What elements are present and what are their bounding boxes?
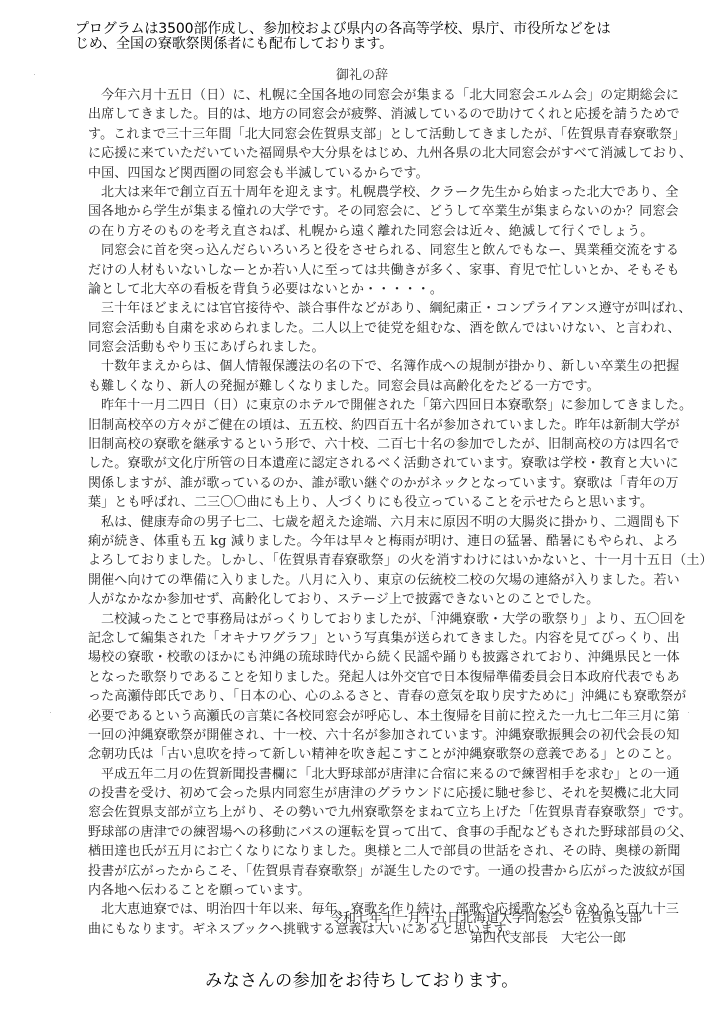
paragraph-line: った高瀬侍郎氏であり、「日本の心、心のふるさと、青春の意気を取り戻すために」沖縄…: [88, 687, 660, 706]
paragraph-line: 葉」とも呼ばれ、二三〇〇曲にも上り、人づくりにも役立っていることを示せたらと思い…: [88, 493, 660, 512]
paragraph-line: 開催へ向けての準備に入りました。八月に入り、東京の伝統校二校の欠場の連絡が入りま…: [88, 571, 660, 590]
paragraph-line: 関係しますが、誰が歌っているのか、誰が歌い継ぐのかがネックとなっています。寮歌は…: [88, 474, 660, 493]
paragraph-line: よろしておりました。しかし、「佐賀県青春寮歌祭」の火を消すわけにはいかないと、十…: [88, 551, 660, 570]
paragraph-line: となった歌祭りであることを知りました。発起人は外交官で日本復帰準備委員会日本政府…: [88, 668, 660, 687]
scan-speck: [34, 74, 35, 75]
paragraph-first-line: 北大は来年で創立百五十周年を迎えます。札幌農学校、クラーク先生から始まった北大で…: [88, 183, 660, 202]
document-title: 御礼の辞: [0, 64, 724, 83]
paragraph-line: 記念して編集された「オキナワグラフ」という写真集が送られてきました。内容を見てび…: [88, 629, 660, 648]
paragraph-line: 窓会佐賀県支部が立ち上がり、その勢いで九州寮歌祭をまねて立ち上げた「佐賀県青春寮…: [88, 803, 660, 822]
paragraph-line: の投書を受け、初めて会った県内同窓生が唐津のグラウンドに応援に馳せ参じ、それを契…: [88, 784, 660, 803]
paragraph-line: 旧制高校卒の方々がご健在の頃は、五五校、約四百五十名が参加されていました。昨年は…: [88, 416, 660, 435]
paragraph-line: 論として北大卒の看板を背負う必要はないとか・・・・・。: [88, 280, 660, 299]
paragraph-line: 内各地へ伝わることを願っています。: [88, 881, 660, 900]
paragraph-line: 出席してきました。目的は、地方の同窓会が疲弊、消滅しているので助けてくれと応援を…: [88, 105, 660, 124]
paragraph-first-line: 二校減ったことで事務局はがっくりしておりましたが、「沖縄寮歌・大学の歌祭り」より…: [88, 610, 660, 629]
paragraph-line: 同窓会活動もやり玉にあげられました。: [88, 338, 660, 357]
closing-message: みなさんの参加をお待ちしております。: [0, 966, 724, 991]
paragraph-line: す。これまで三十三年間「北大同窓会佐賀県支部」として活動してきましたが、「佐賀県…: [88, 125, 660, 144]
paragraph-line: 投書が広がったからこそ、「佐賀県青春寮歌祭」が誕生したのです。一通の投書から広が…: [88, 862, 660, 881]
document-body: 今年六月十五日（日）に、札幌に全国各地の同窓会が集まる「北大同窓会エルム会」の定…: [88, 86, 660, 939]
program-distribution-note: プログラムは3500部作成し、参加校および県内の各高等学校、県庁、市役所などをは…: [75, 22, 655, 52]
paragraph-line: 場校の寮歌・校歌のほかにも沖縄の琉球時代から続く民謡や踊りも披露されており、沖縄…: [88, 648, 660, 667]
paragraph-line: 野球部の唐津での練習場への移動にバスの運転を買って出て、食事の手配などもされた野…: [88, 823, 660, 842]
paragraph-first-line: 同窓会に首を突っ込んだらいろいろと役をさせられる、同窓生と飲んでもなー、異業種交…: [88, 241, 660, 260]
paragraph-line: 中国、四国など関西圏の同窓会も半滅しているからです。: [88, 164, 660, 183]
paragraph-line: に応援に来ていただいていた福岡県や大分県をはじめ、九州各県の北大同窓会がすべて消…: [88, 144, 660, 163]
paragraph-line: 人がなかなか参加せず、高齢化しており、ステージ上で披露できないとのことでした。: [88, 590, 660, 609]
paragraph-line: も難しくなり、新人の発掘が難しくなりました。同窓会員は高齢化をたどる一方です。: [88, 377, 660, 396]
paragraph-line: 旧制高校の寮歌を継承するという形で、六十校、二百七十名の参加でしたが、旧制高校の…: [88, 435, 660, 454]
paragraph-line: 痢が続き、体重も五 kg 減りました。今年は早々と梅雨が明け、連日の猛暑、酷暑に…: [88, 532, 660, 551]
paragraph-first-line: 私は、健康寿命の男子七二、七歳を超えた途端、六月末に原因不明の大腸炎に掛かり、二…: [88, 513, 660, 532]
signature-date-organization: 令和七年十一月十五日北海道大学同窓会 佐賀県支部: [330, 909, 642, 928]
paragraph-line: 一回の沖縄寮歌祭が開催され、十一校、六十名が参加されています。沖縄寮歌振興会の初…: [88, 726, 660, 745]
paragraph-line: 同窓会活動も自粛を求められました。二人以上で徒党を組むな、酒を飲んではいけない、…: [88, 319, 660, 338]
signer-name: 第四代支部長 大宅公一郎: [470, 929, 626, 948]
header-note-line: プログラムは3500部作成し、参加校および県内の各高等学校、県庁、市役所などをは: [75, 22, 655, 37]
paragraph-first-line: 十数年まえからは、個人情報保護法の名の下で、名簿作成への規制が掛かり、新しい卒業…: [88, 357, 660, 376]
paragraph-first-line: 平成五年二月の佐賀新聞投書欄に「北大野球部が唐津に合宿に来るので練習相手を求む」…: [88, 765, 660, 784]
paragraph-line: した。寮歌が文化庁所管の日本遺産に認定されるべく活動されています。寮歌は学校・教…: [88, 454, 660, 473]
scan-speck: [50, 712, 51, 713]
paragraph-line: 楢田達也氏が五月にお亡くなりになりました。奥様と二人で部員の世話をされ、その時、…: [88, 842, 660, 861]
scan-speck: [688, 712, 689, 713]
paragraph-line: 念朝功氏は「古い息吹を持って新しい精神を吹き起こすことが沖縄寮歌祭の意義である」…: [88, 745, 660, 764]
header-note-line: じめ、全国の寮歌祭関係者にも配布しております。: [75, 37, 655, 52]
paragraph-line: 必要であるという高瀬氏の言葉に各校同窓会が呼応し、本土復帰を目前に控えた一九七二…: [88, 707, 660, 726]
paragraph-line: だけの人材もいないしなーとか若い人に至っては共働きが多く、家事、育児で忙しいとか…: [88, 261, 660, 280]
paragraph-line: の在り方そのものを考え直さねば、札幌から遠く離れた同窓会は近々、絶滅して行くでし…: [88, 222, 660, 241]
paragraph-first-line: 昨年十一月二四日（日）に東京のホテルで開催された「第六四回日本寮歌祭」に参加して…: [88, 396, 660, 415]
paragraph-line: 国各地から学生が集まる憧れの大学です。その同窓会に、どうして卒業生が集まらないの…: [88, 202, 660, 221]
paragraph-first-line: 今年六月十五日（日）に、札幌に全国各地の同窓会が集まる「北大同窓会エルム会」の定…: [88, 86, 660, 105]
paragraph-first-line: 三十年ほどまえには官官接待や、談合事件などがあり、綱紀粛正・コンプライアンス遵守…: [88, 299, 660, 318]
